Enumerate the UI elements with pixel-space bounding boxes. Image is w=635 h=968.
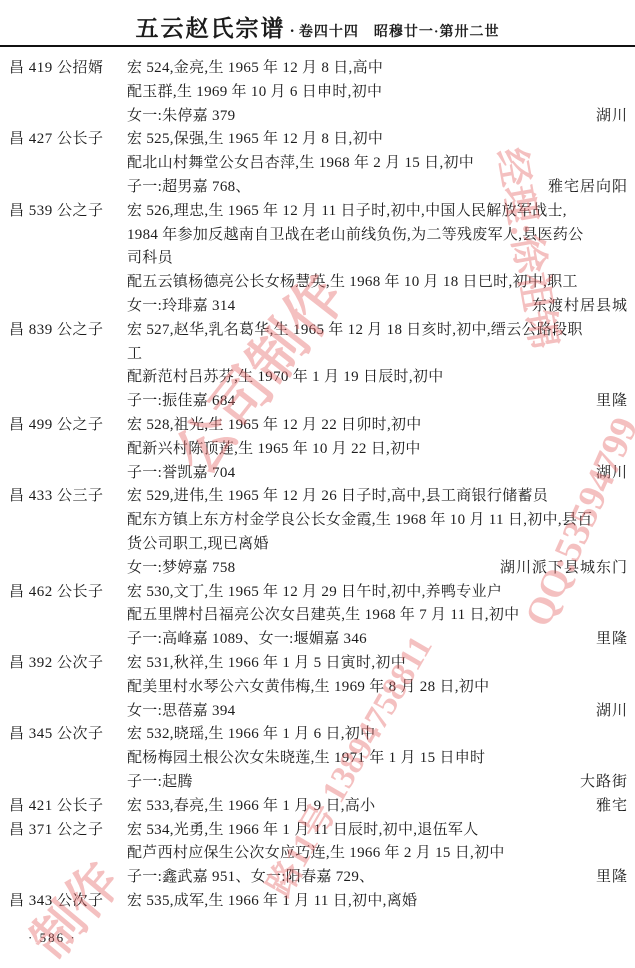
genealogy-row: 配美里村水琴公六女黄伟梅,生 1969 年 8 月 28 日,初中 — [0, 676, 635, 700]
row-generation-label: 昌 421 公长子 — [0, 795, 127, 819]
genealogy-row: 配新范村吕苏芬,生 1970 年 1 月 19 日辰时,初中 — [0, 366, 635, 390]
row-residence-place: 里隆 — [596, 628, 635, 652]
row-generation-label: 昌 433 公三子 — [0, 485, 127, 509]
genealogy-page: 五云赵氏宗谱·卷四十四 昭穆廿一·第卅二世 昌 419 公招婿 宏 524,金亮… — [0, 0, 635, 968]
row-entry-text: 配美里村水琴公六女黄伟梅,生 1969 年 8 月 28 日,初中 — [127, 676, 628, 700]
genealogy-row: 昌 421 公长子 宏 533,春亮,生 1966 年 1 月 9 日,高小 雅… — [0, 795, 635, 819]
row-entry-text: 宏 530,文丁,生 1965 年 12 月 29 日午时,初中,养鸭专业户 — [127, 581, 628, 605]
row-generation-label: 昌 371 公之子 — [0, 819, 127, 843]
genealogy-row: 昌 462 公长子 宏 530,文丁,生 1965 年 12 月 29 日午时,… — [0, 581, 635, 605]
row-generation-label: 昌 392 公次子 — [0, 652, 127, 676]
genealogy-row: 子一:起腾 大路街 — [0, 771, 635, 795]
row-entry-text: 子一:振佳嘉 684 — [127, 390, 596, 414]
row-entry-text: 子一:鑫武嘉 951、女一:阳春嘉 729、 — [127, 866, 596, 890]
row-entry-text: 配五里牌村吕福亮公次女吕建英,生 1968 年 7 月 11 日,初中 — [127, 604, 628, 628]
row-residence-place: 里隆 — [596, 390, 635, 414]
row-generation-label: 昌 499 公之子 — [0, 414, 127, 438]
row-entry-text: 配东方镇上东方村金学良公长女金霞,生 1968 年 10 月 11 日,初中,县… — [127, 509, 628, 533]
row-residence-place: 雅宅居向阳 — [548, 176, 635, 200]
row-entry-text: 女一:思蓓嘉 394 — [127, 700, 596, 724]
row-entry-text: 宏 532,晓瑶,生 1966 年 1 月 6 日,初中 — [127, 723, 628, 747]
book-title: 五云赵氏宗谱 — [135, 16, 285, 41]
row-entry-text: 子一:起腾 — [127, 771, 580, 795]
page-header: 五云赵氏宗谱·卷四十四 昭穆廿一·第卅二世 — [0, 10, 635, 43]
row-entry-text: 宏 535,成军,生 1966 年 1 月 11 日,初中,离婚 — [127, 890, 628, 914]
row-entry-text: 配芦西村应保生公次女应巧连,生 1966 年 2 月 15 日,初中 — [127, 842, 628, 866]
row-entry-text: 子一:高峰嘉 1089、女一:堰媚嘉 346 — [127, 628, 596, 652]
row-residence-place: 雅宅 — [596, 795, 635, 819]
genealogy-row: 昌 433 公三子 宏 529,进伟,生 1965 年 12 月 26 日子时,… — [0, 485, 635, 509]
genealogy-row: 女一:思蓓嘉 394 湖川 — [0, 700, 635, 724]
row-generation-label: 昌 462 公长子 — [0, 581, 127, 605]
genealogy-row: 配东方镇上东方村金学良公长女金霞,生 1968 年 10 月 11 日,初中,县… — [0, 509, 635, 533]
row-entry-text: 子一:誉凯嘉 704 — [127, 462, 596, 486]
row-entry-text: 宏 528,祖光,生 1965 年 12 月 22 日卯时,初中 — [127, 414, 628, 438]
genealogy-row: 昌 839 公之子 宏 527,赵华,乳名葛华,生 1965 年 12 月 18… — [0, 319, 635, 343]
row-entry-text: 配杨梅园土根公次女朱晓莲,生 1971 年 1 月 15 日申时 — [127, 747, 628, 771]
row-generation-label: 昌 419 公招婿 — [0, 57, 127, 81]
row-residence-place: 大路街 — [580, 771, 635, 795]
genealogy-row: 配新兴村陈顶莲,生 1965 年 10 月 22 日,初中 — [0, 438, 635, 462]
genealogy-row: 配杨梅园土根公次女朱晓莲,生 1971 年 1 月 15 日申时 — [0, 747, 635, 771]
genealogy-row: 昌 419 公招婿 宏 524,金亮,生 1965 年 12 月 8 日,高中 — [0, 57, 635, 81]
row-generation-label: 昌 839 公之子 — [0, 319, 127, 343]
row-residence-place: 湖川派下县城东门 — [500, 557, 635, 581]
row-generation-label: 昌 539 公之子 — [0, 200, 127, 224]
row-entry-text: 配五云镇杨德亮公长女杨慧英,生 1968 年 10 月 18 日巳时,初中,职工 — [127, 271, 628, 295]
genealogy-row: 昌 539 公之子 宏 526,理忠,生 1965 年 12 月 11 日子时,… — [0, 200, 635, 224]
row-entry-text: 配新范村吕苏芬,生 1970 年 1 月 19 日辰时,初中 — [127, 366, 628, 390]
genealogy-row: 昌 392 公次子 宏 531,秋祥,生 1966 年 1 月 5 日寅时,初中 — [0, 652, 635, 676]
genealogy-row: 女一:玲琲嘉 314 东渡村居县城 — [0, 295, 635, 319]
genealogy-row: 子一:誉凯嘉 704 湖川 — [0, 462, 635, 486]
row-residence-place: 东渡村居县城 — [532, 295, 635, 319]
genealogy-row: 1984 年参加反越南自卫战在老山前线负伤,为二等残废军人,县医药公 — [0, 224, 635, 248]
row-residence-place: 里隆 — [596, 866, 635, 890]
genealogy-row: 配五云镇杨德亮公长女杨慧英,生 1968 年 10 月 18 日巳时,初中,职工 — [0, 271, 635, 295]
row-entry-text: 工 — [127, 343, 628, 367]
genealogy-row: 配北山村舞堂公女吕杏萍,生 1968 年 2 月 15 日,初中 — [0, 152, 635, 176]
title-separator: · — [289, 23, 294, 40]
volume-subtitle: 卷四十四 昭穆廿一·第卅二世 — [299, 25, 500, 40]
row-generation-label: 昌 343 公次子 — [0, 890, 127, 914]
genealogy-row: 货公司职工,现已离婚 — [0, 533, 635, 557]
genealogy-row: 子一:鑫武嘉 951、女一:阳春嘉 729、 里隆 — [0, 866, 635, 890]
genealogy-row: 昌 499 公之子 宏 528,祖光,生 1965 年 12 月 22 日卯时,… — [0, 414, 635, 438]
genealogy-row: 昌 427 公长子 宏 525,保强,生 1965 年 12 月 8 日,初中 — [0, 128, 635, 152]
genealogy-entries: 昌 419 公招婿 宏 524,金亮,生 1965 年 12 月 8 日,高中 … — [0, 57, 635, 914]
genealogy-row: 昌 343 公次子 宏 535,成军,生 1966 年 1 月 11 日,初中,… — [0, 890, 635, 914]
row-entry-text: 宏 526,理忠,生 1965 年 12 月 11 日子时,初中,中国人民解放军… — [127, 200, 628, 224]
genealogy-row: 昌 371 公之子 宏 534,光勇,生 1966 年 1 月 11 日辰时,初… — [0, 819, 635, 843]
row-generation-label: 昌 427 公长子 — [0, 128, 127, 152]
genealogy-row: 女一:梦婷嘉 758 湖川派下县城东门 — [0, 557, 635, 581]
row-entry-text: 女一:玲琲嘉 314 — [127, 295, 532, 319]
row-entry-text: 子一:超男嘉 768、 — [127, 176, 548, 200]
header-divider-line — [0, 45, 635, 47]
genealogy-row: 子一:高峰嘉 1089、女一:堰媚嘉 346 里隆 — [0, 628, 635, 652]
row-entry-text: 宏 534,光勇,生 1966 年 1 月 11 日辰时,初中,退伍军人 — [127, 819, 628, 843]
genealogy-row: 司科员 — [0, 247, 635, 271]
row-entry-text: 配北山村舞堂公女吕杏萍,生 1968 年 2 月 15 日,初中 — [127, 152, 628, 176]
genealogy-row: 昌 345 公次子 宏 532,晓瑶,生 1966 年 1 月 6 日,初中 — [0, 723, 635, 747]
row-residence-place: 湖川 — [596, 462, 635, 486]
genealogy-row: 配玉群,生 1969 年 10 月 6 日申时,初中 — [0, 81, 635, 105]
row-entry-text: 女一:梦婷嘉 758 — [127, 557, 500, 581]
row-entry-text: 配玉群,生 1969 年 10 月 6 日申时,初中 — [127, 81, 628, 105]
row-entry-text: 货公司职工,现已离婚 — [127, 533, 628, 557]
row-entry-text: 宏 524,金亮,生 1965 年 12 月 8 日,高中 — [127, 57, 628, 81]
genealogy-row: 配芦西村应保生公次女应巧连,生 1966 年 2 月 15 日,初中 — [0, 842, 635, 866]
row-entry-text: 配新兴村陈顶莲,生 1965 年 10 月 22 日,初中 — [127, 438, 628, 462]
row-entry-text: 宏 533,春亮,生 1966 年 1 月 9 日,高小 — [127, 795, 596, 819]
genealogy-row: 工 — [0, 343, 635, 367]
genealogy-row: 子一:超男嘉 768、 雅宅居向阳 — [0, 176, 635, 200]
row-entry-text: 女一:朱停嘉 379 — [127, 105, 596, 129]
genealogy-row: 女一:朱停嘉 379 湖川 — [0, 105, 635, 129]
row-entry-text: 1984 年参加反越南自卫战在老山前线负伤,为二等残废军人,县医药公 — [127, 224, 628, 248]
row-entry-text: 宏 529,进伟,生 1965 年 12 月 26 日子时,高中,县工商银行储蓄… — [127, 485, 628, 509]
row-residence-place: 湖川 — [596, 700, 635, 724]
row-entry-text: 司科员 — [127, 247, 628, 271]
row-generation-label: 昌 345 公次子 — [0, 723, 127, 747]
genealogy-row: 子一:振佳嘉 684 里隆 — [0, 390, 635, 414]
genealogy-row: 配五里牌村吕福亮公次女吕建英,生 1968 年 7 月 11 日,初中 — [0, 604, 635, 628]
row-residence-place: 湖川 — [596, 105, 635, 129]
row-entry-text: 宏 531,秋祥,生 1966 年 1 月 5 日寅时,初中 — [127, 652, 628, 676]
row-entry-text: 宏 527,赵华,乳名葛华,生 1965 年 12 月 18 日亥时,初中,缙云… — [127, 319, 628, 343]
row-entry-text: 宏 525,保强,生 1965 年 12 月 8 日,初中 — [127, 128, 628, 152]
page-number: · 586 · — [28, 930, 77, 946]
